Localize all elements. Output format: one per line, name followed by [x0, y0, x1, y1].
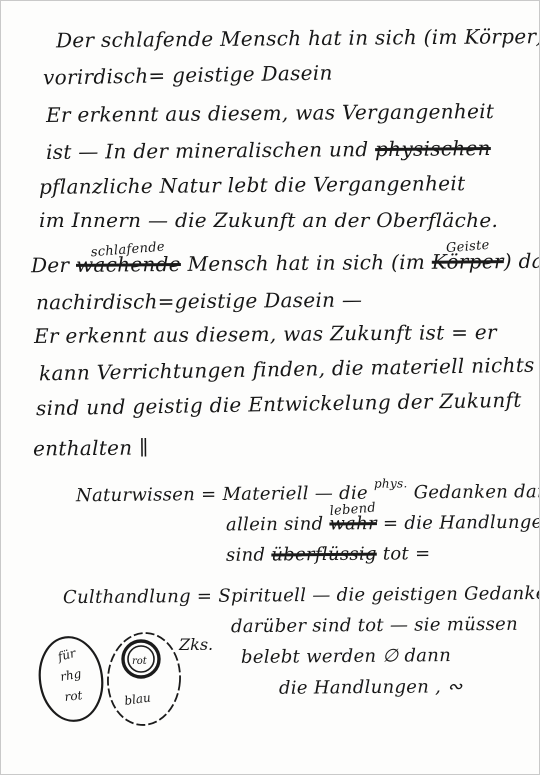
handwriting-line-6: im Innern — die Zukunft an der Oberfläch…: [39, 209, 498, 231]
line-14-text-end: = die Handlungen: [377, 512, 540, 535]
bottom-left-sketch: für rhg rot rot blau: [31, 621, 201, 740]
struck-word: überflüssig: [271, 544, 377, 566]
handwriting-line-1: Der schlafende Mensch hat in sich (im Kö…: [56, 25, 540, 52]
line-14-text: allein sind: [226, 514, 330, 536]
left-oval-sketch: für rhg rot: [34, 633, 107, 725]
left-oval-word-1: für: [55, 646, 78, 664]
inserted-abbreviation: phys.: [374, 476, 408, 490]
handwriting-line-13: Naturwissen = Materiell — die phys. Geda…: [76, 482, 540, 506]
line-15-text-end: tot =: [377, 543, 431, 564]
handwriting-line-9: Er erkennt aus diesem, was Zukunft ist =…: [34, 321, 497, 347]
line-13-text: Naturwissen = Materiell — die: [76, 483, 374, 507]
circle-sketch-drawing: für rhg rot rot blau: [31, 621, 201, 736]
manuscript-page: Der schlafende Mensch hat in sich (im Kö…: [0, 0, 540, 775]
handwriting-line-19: die Handlungen , ∾: [279, 677, 463, 698]
line-7-text-mid: Mensch hat in sich (im: [181, 250, 432, 276]
handwriting-line-10: kann Verrichtungen finden, die materiell…: [39, 354, 535, 385]
inner-circle-word: rot: [132, 656, 148, 667]
handwriting-line-12: enthalten ∥: [33, 436, 149, 459]
left-oval-word-3: rot: [64, 688, 83, 704]
handwriting-line-16: Culthandlung = Spirituell — die geistige…: [63, 584, 540, 608]
line-14-correction: lebendwahr: [329, 514, 377, 534]
line-7-correction-1: schlafendewachende: [76, 253, 181, 276]
sketch-label: Zks.: [179, 635, 213, 654]
handwriting-line-18: belebt werden ∅ dann: [241, 646, 451, 668]
handwriting-line-5: pflanzliche Natur lebt die Vergangenheit: [39, 172, 466, 198]
handwriting-line-15: sind überflüssig tot =: [226, 544, 431, 566]
handwriting-line-8: nachirdisch=geistige Dasein —: [36, 289, 362, 314]
handwriting-line-11: sind und geistig die Entwickelung der Zu…: [36, 389, 522, 419]
line-15-text: sind: [226, 544, 272, 565]
handwriting-line-14: allein sind lebendwahr = die Handlungen: [226, 513, 540, 536]
handwriting-line-7: Der schlafendewachende Mensch hat in sic…: [31, 250, 540, 277]
right-oval-outline: [105, 631, 183, 728]
line-7-text: Der: [31, 253, 76, 277]
handwriting-line-17: darüber sind tot — sie müssen: [231, 615, 518, 637]
line-13-text-end: Gedanken darüber: [408, 481, 540, 504]
line-7-correction-2: GeisteKörper: [432, 250, 504, 273]
right-oval-lower-word: blau: [123, 690, 151, 708]
line-7-text-end: ) das: [504, 249, 540, 273]
right-oval-sketch: rot blau: [105, 631, 183, 728]
line-4-text: ist — In der mineralischen und: [46, 137, 375, 164]
handwriting-line-2: vorirdisch= geistige Dasein: [43, 61, 333, 88]
line-4-struck-word: physischen: [375, 136, 491, 161]
inserted-word: Geiste: [445, 238, 490, 256]
left-oval-word-2: rhg: [59, 666, 83, 684]
handwriting-line-3: Er erkennt aus diesem, was Vergangenheit: [46, 100, 494, 126]
handwriting-line-4: ist — In der mineralischen und physische…: [46, 137, 491, 163]
